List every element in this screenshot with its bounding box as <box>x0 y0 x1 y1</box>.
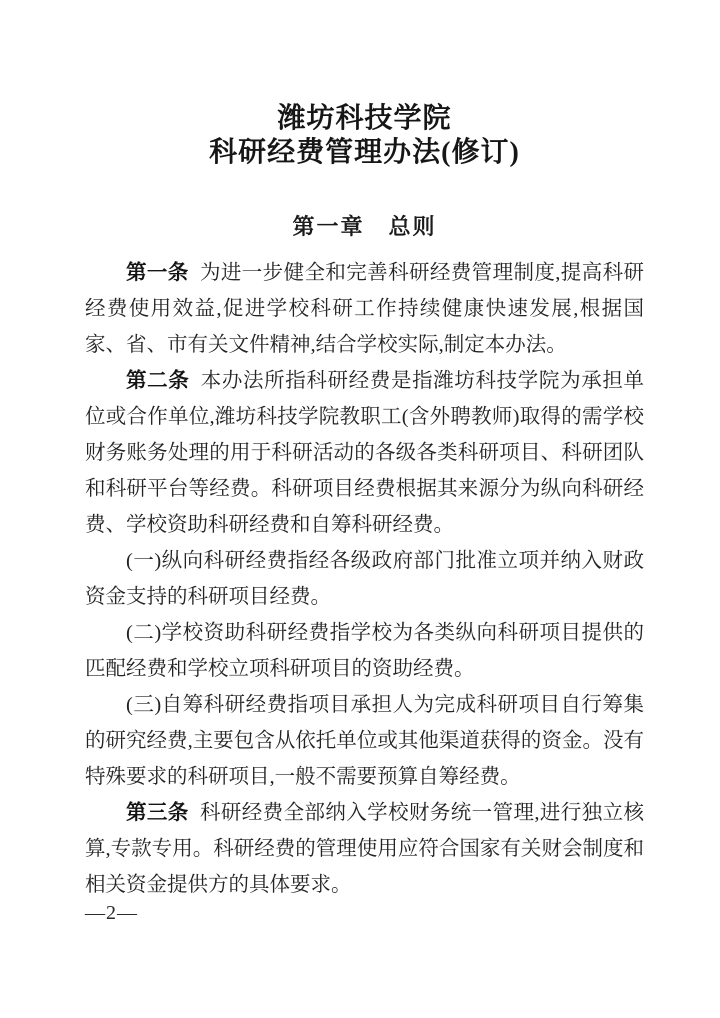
article-2-text: 本办法所指科研经费是指潍坊科技学院为承担单位或合作单位,潍坊科技学院教职工(含外… <box>85 370 644 536</box>
item-2-text: (二)学校资助科研经费指学校为各类纵向科研项目提供的匹配经费和学校立项科研项目的… <box>85 622 644 680</box>
article-3-label: 第三条 <box>126 802 189 824</box>
paragraph-item-3: (三)自筹科研经费指项目承担人为完成科研项目自行筹集的研究经费,主要包含从依托单… <box>85 687 644 795</box>
item-3-text: (三)自筹科研经费指项目承担人为完成科研项目自行筹集的研究经费,主要包含从依托单… <box>85 694 644 788</box>
article-1-label: 第一条 <box>126 262 189 284</box>
title-line-1: 潍坊科技学院 <box>85 102 644 136</box>
article-2-label: 第二条 <box>126 370 189 392</box>
document-content: 潍坊科技学院 科研经费管理办法(修订) 第一章 总则 第一条为进一步健全和完善科… <box>85 102 644 903</box>
page-number: —2— <box>85 901 138 925</box>
paragraph-article-1: 第一条为进一步健全和完善科研经费管理制度,提高科研经费使用效益,促进学校科研工作… <box>85 255 644 363</box>
paragraph-article-3: 第三条科研经费全部纳入学校财务统一管理,进行独立核算,专款专用。科研经费的管理使… <box>85 795 644 903</box>
paragraph-article-2: 第二条本办法所指科研经费是指潍坊科技学院为承担单位或合作单位,潍坊科技学院教职工… <box>85 363 644 543</box>
paragraph-item-2: (二)学校资助科研经费指学校为各类纵向科研项目提供的匹配经费和学校立项科研项目的… <box>85 615 644 687</box>
item-1-text: (一)纵向科研经费指经各级政府部门批准立项并纳入财政资金支持的科研项目经费。 <box>85 550 644 608</box>
chapter-heading: 第一章 总则 <box>85 215 644 239</box>
document-body: 第一条为进一步健全和完善科研经费管理制度,提高科研经费使用效益,促进学校科研工作… <box>85 255 644 903</box>
title-line-2: 科研经费管理办法(修订) <box>85 136 644 170</box>
paragraph-item-1: (一)纵向科研经费指经各级政府部门批准立项并纳入财政资金支持的科研项目经费。 <box>85 543 644 615</box>
document-title: 潍坊科技学院 科研经费管理办法(修订) <box>85 102 644 170</box>
document-page: 潍坊科技学院 科研经费管理办法(修订) 第一章 总则 第一条为进一步健全和完善科… <box>0 0 720 1018</box>
